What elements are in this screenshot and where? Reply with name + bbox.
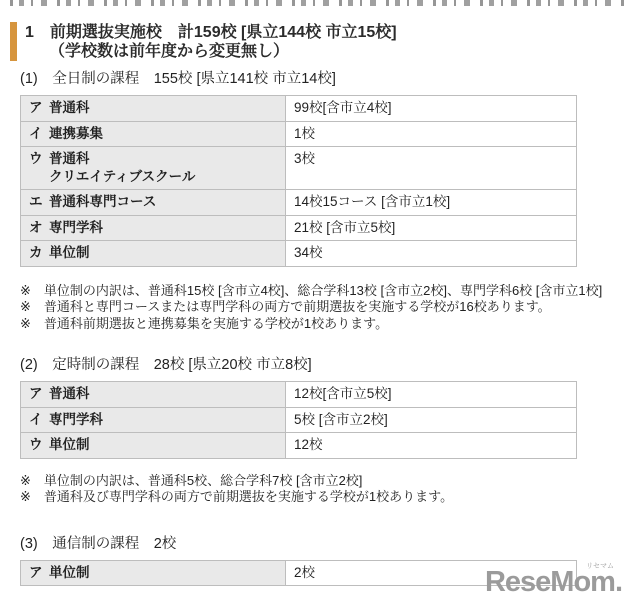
row-key: ウ	[29, 150, 49, 185]
row-key: カ	[29, 244, 49, 262]
row-label: 普通科	[49, 385, 90, 403]
note-line: ※ 単位制の内訳は、普通科15校 [含市立4校]、総合学科13校 [含市立2校]…	[20, 283, 612, 300]
row-value-cell: 12校	[286, 433, 577, 459]
row-key: イ	[29, 125, 49, 143]
page-title-line2: （学校数は前年度から変更無し）	[25, 42, 397, 61]
row-value-cell: 3校	[286, 147, 577, 190]
document-page: 1 前期選抜実施校 計159校 [県立144校 市立15校] （学校数は前年度か…	[0, 0, 632, 605]
row-category-cell: ア 普通科	[21, 382, 286, 408]
table-row: エ 普通科専門コース 14校15コース [含市立1校]	[21, 190, 577, 216]
row-key: エ	[29, 193, 49, 211]
row-label: 専門学科	[49, 411, 103, 429]
row-category-cell: エ 普通科専門コース	[21, 190, 286, 216]
table-row: イ 連携募集 1校	[21, 121, 577, 147]
page-title-line1: 1 前期選抜実施校 計159校 [県立144校 市立15校]	[25, 23, 397, 42]
row-category-cell: カ 単位制	[21, 241, 286, 267]
row-key: ア	[29, 99, 49, 117]
page-title: 1 前期選抜実施校 計159校 [県立144校 市立15校] （学校数は前年度か…	[10, 22, 632, 61]
section-1-notes: ※ 単位制の内訳は、普通科15校 [含市立4校]、総合学科13校 [含市立2校]…	[20, 283, 617, 333]
row-key: オ	[29, 219, 49, 237]
row-value-cell: 14校15コース [含市立1校]	[286, 190, 577, 216]
row-category-cell: イ 連携募集	[21, 121, 286, 147]
resemom-ruby-label: リセマム	[586, 563, 614, 570]
note-line: ※ 単位制の内訳は、普通科5校、総合学科7校 [含市立2校]	[20, 473, 612, 490]
row-label: 単位制	[49, 436, 90, 454]
table-row: オ 専門学科 21校 [含市立5校]	[21, 215, 577, 241]
row-label: 連携募集	[49, 125, 103, 143]
section-2-table: ア 普通科 12校[含市立5校] イ 専門学科 5校 [含市立2校]	[20, 381, 577, 459]
row-value-cell: 1校	[286, 121, 577, 147]
section-3-label: (3) 通信制の課程 2校	[20, 535, 617, 553]
row-category-cell: ウ 普通科 クリエイティブスクール	[21, 147, 286, 190]
row-value-cell: 99校[含市立4校]	[286, 96, 577, 122]
title-accent-bar	[10, 22, 17, 61]
row-key: ウ	[29, 436, 49, 454]
row-label: 単位制	[49, 244, 90, 262]
section-1-label: (1) 全日制の課程 155校 [県立141校 市立14校]	[20, 70, 617, 88]
row-label: 専門学科	[49, 219, 103, 237]
row-key: ア	[29, 385, 49, 403]
section-2-notes: ※ 単位制の内訳は、普通科5校、総合学科7校 [含市立2校] ※ 普通科及び専門…	[20, 473, 617, 506]
row-category-cell: ウ 単位制	[21, 433, 286, 459]
table-row: ウ 単位制 12校	[21, 433, 577, 459]
table-row: カ 単位制 34校	[21, 241, 577, 267]
row-value-cell: 5校 [含市立2校]	[286, 407, 577, 433]
note-line: ※ 普通科及び専門学科の両方で前期選抜を実施する学校が1校あります。	[20, 489, 612, 506]
row-key: ア	[29, 564, 49, 582]
row-key: イ	[29, 411, 49, 429]
resemom-watermark: リセマム ReseMom.	[485, 568, 622, 596]
row-label: 単位制	[49, 564, 90, 582]
row-label-line2: クリエイティブスクール	[49, 168, 195, 186]
note-line: ※ 普通科前期選抜と連携募集を実施する学校が1校あります。	[20, 316, 612, 333]
page-title-text: 1 前期選抜実施校 計159校 [県立144校 市立15校] （学校数は前年度か…	[25, 22, 397, 61]
clipped-text-top	[10, 0, 624, 6]
row-value-cell: 12校[含市立5校]	[286, 382, 577, 408]
row-label: 普通科専門コース	[49, 193, 156, 211]
row-category-cell: オ 専門学科	[21, 215, 286, 241]
row-value-cell: 21校 [含市立5校]	[286, 215, 577, 241]
row-category-cell: ア 単位制	[21, 560, 286, 586]
row-value-cell: 34校	[286, 241, 577, 267]
table-row: ウ 普通科 クリエイティブスクール 3校	[21, 147, 577, 190]
note-line: ※ 普通科と専門コースまたは専門学科の両方で前期選抜を実施する学校が16校ありま…	[20, 299, 612, 316]
row-label: 普通科	[49, 99, 90, 117]
row-label: 普通科	[49, 150, 195, 168]
document-content: (1) 全日制の課程 155校 [県立141校 市立14校] ア 普通科 99校…	[0, 70, 632, 586]
table-row: イ 専門学科 5校 [含市立2校]	[21, 407, 577, 433]
section-1-table: ア 普通科 99校[含市立4校] イ 連携募集 1校 ウ	[20, 95, 577, 267]
table-row: ア 普通科 99校[含市立4校]	[21, 96, 577, 122]
section-2-label: (2) 定時制の課程 28校 [県立20校 市立8校]	[20, 356, 617, 374]
table-row: ア 普通科 12校[含市立5校]	[21, 382, 577, 408]
row-category-cell: ア 普通科	[21, 96, 286, 122]
row-category-cell: イ 専門学科	[21, 407, 286, 433]
resemom-logo: ReseMom.	[485, 566, 622, 598]
